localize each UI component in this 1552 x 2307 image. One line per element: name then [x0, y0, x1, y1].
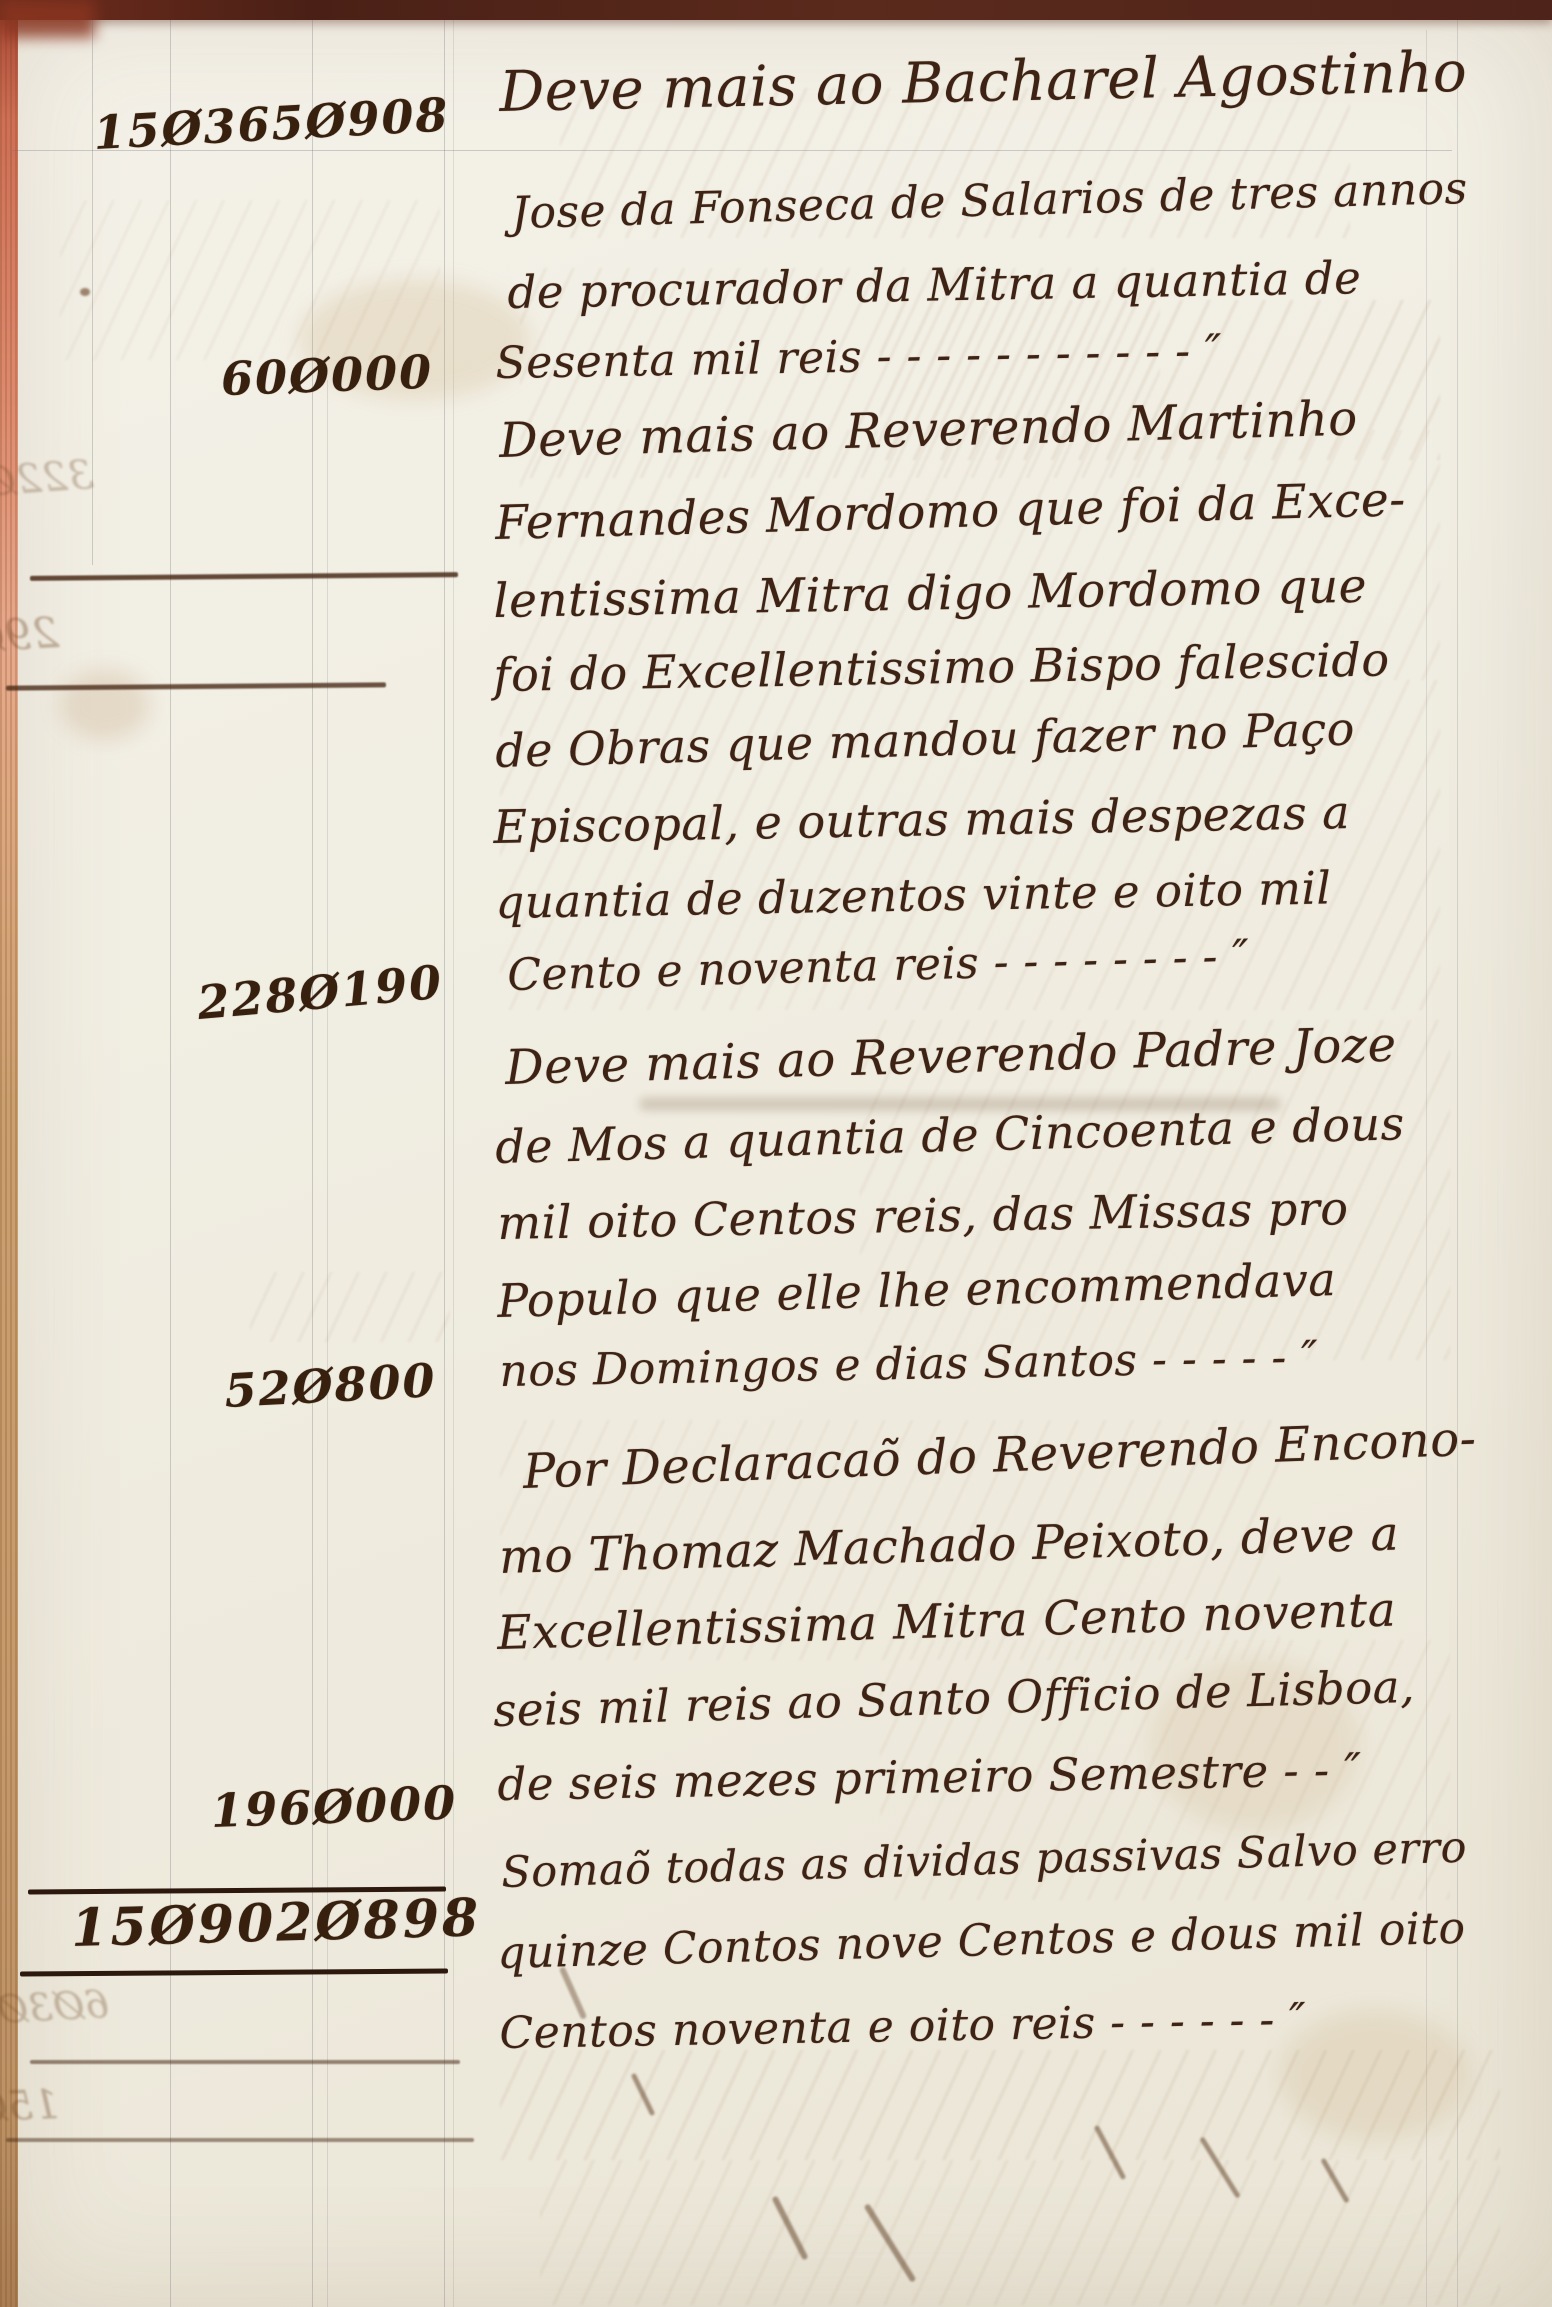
bleed-number-3: 6Ø3Ø08: [0, 1982, 110, 2034]
total-line-2: quinze Contos nove Centos e dous mil oit…: [497, 1903, 1467, 1979]
entry-amount-2: 228Ø190: [195, 955, 445, 1030]
bleedthrough-hatch-11: [540, 2160, 1500, 2305]
pencil-rule-vertical-4: [327, 380, 328, 2307]
pencil-rule-vertical-2: [170, 20, 171, 2307]
bleedthrough-hatch-9: [60, 200, 440, 360]
binding-top-edge: [0, 0, 1552, 20]
entry-amount-3: 52Ø800: [223, 1353, 438, 1418]
entry-3-line-5: nos Domingos e dias Santos - - - - - ″: [499, 1332, 1318, 1397]
bleed-rule-3: [30, 2060, 460, 2064]
total-rule-bottom: [20, 1969, 448, 1977]
final-total-amount: 15Ø902Ø898: [70, 1887, 482, 1959]
top-left-corner-shadow: [0, 0, 95, 38]
bleedthrough-hatch-12: [250, 1272, 450, 1342]
bleed-rule-2: [6, 682, 386, 690]
paper-stain-4: [60, 670, 150, 740]
book-spine-edge: [0, 0, 18, 2307]
bleed-rule-1: [30, 572, 458, 581]
manuscript-page: 322Ø03 29Ø59Ø968 6Ø3Ø08 15Ø365Ø908 15Ø36…: [0, 0, 1552, 2307]
bleed-number-1: 322Ø03: [0, 452, 95, 509]
bleed-number-4: 15Ø365Ø908: [0, 2082, 60, 2138]
pencil-rule-right-2: [1457, 20, 1458, 2307]
entry-amount-1: 60Ø000: [220, 345, 434, 406]
bleed-rule-4: [6, 2138, 474, 2142]
entry-amount-4: 196Ø000: [210, 1775, 458, 1838]
